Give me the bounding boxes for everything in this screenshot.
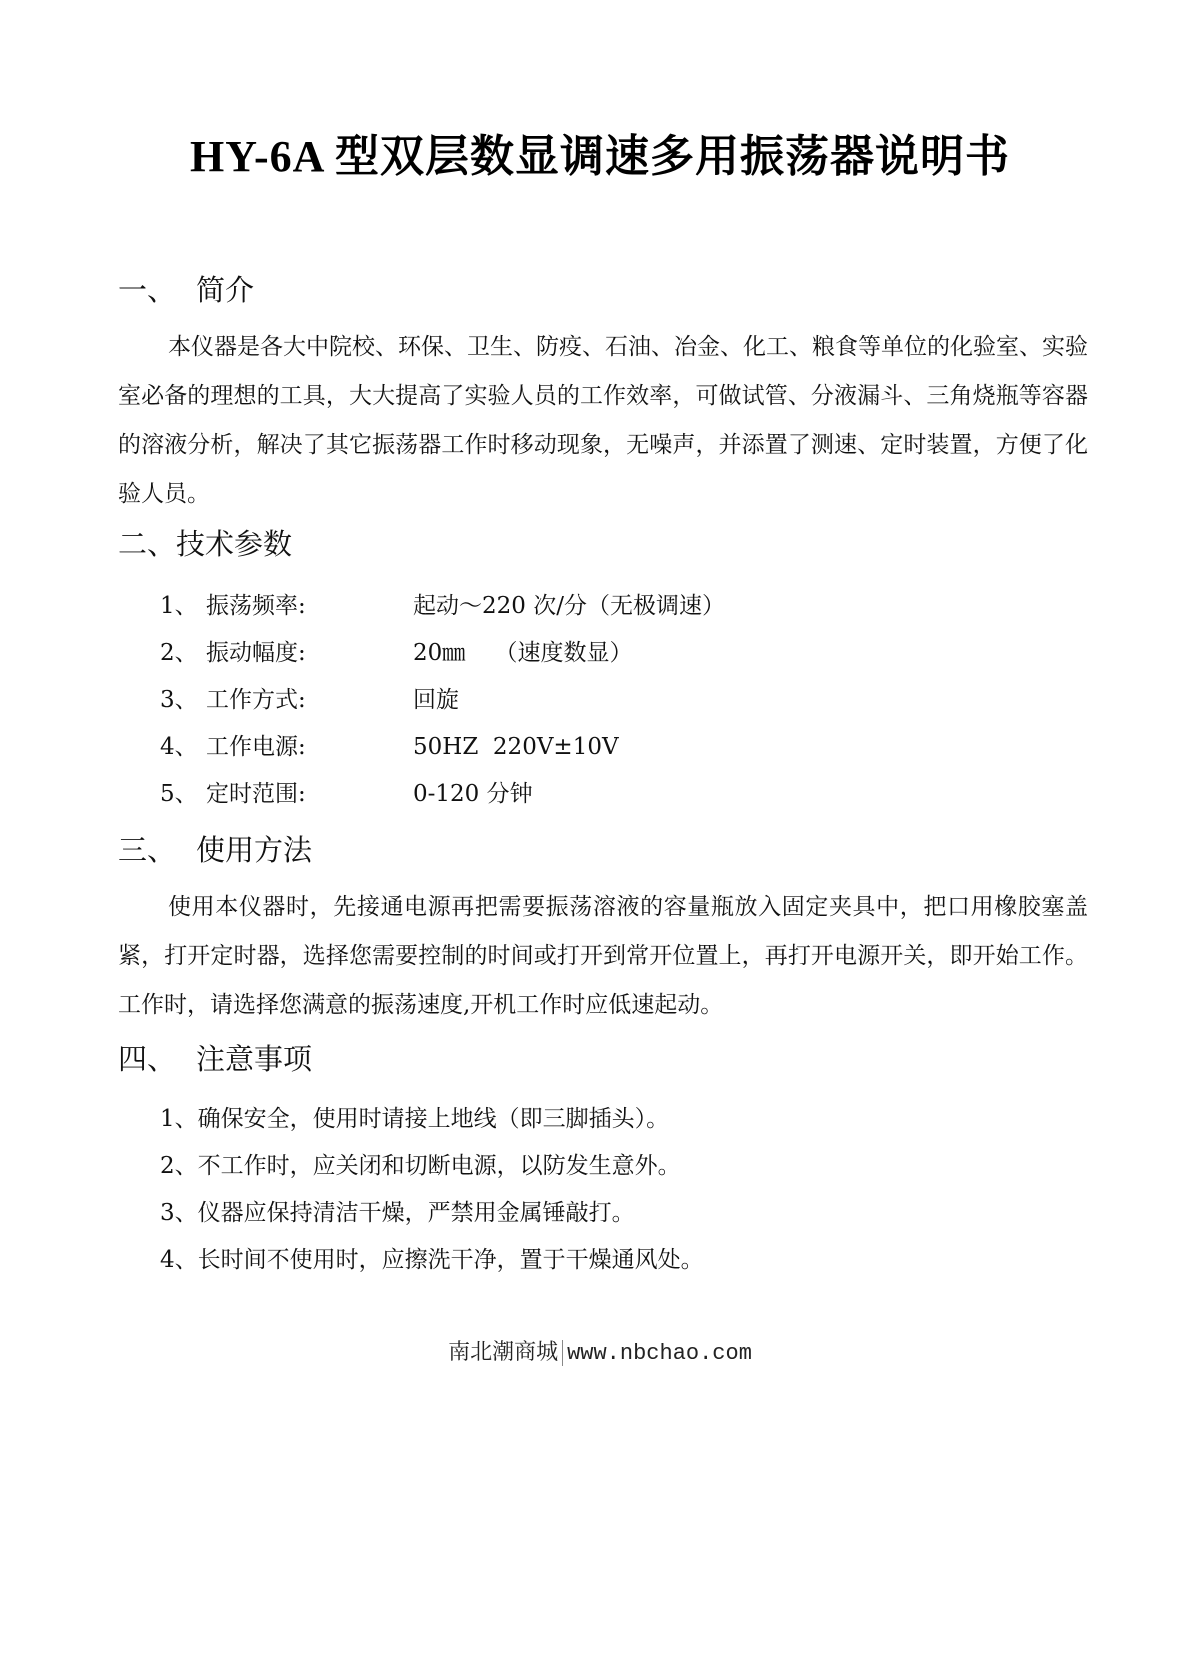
spec-label: 工作方式: (206, 681, 413, 714)
section-heading-specs: 二、技术参数 (118, 522, 292, 563)
section-heading-intro: 一、简介 (118, 268, 254, 309)
spec-index: 5、 (160, 775, 206, 808)
spec-value: 起动～220 次/分（无极调速） (413, 593, 725, 619)
section-number: 二、 (118, 522, 176, 563)
note-item: 3、仪器应保持清洁干燥，严禁用金属锤敲打。 (160, 1194, 635, 1227)
footer: 南北潮商城www.nbchao.com (0, 1335, 1200, 1366)
section-number: 三、 (118, 828, 196, 869)
section-number: 四、 (118, 1037, 196, 1078)
spec-row: 2、振动幅度:20㎜ （速度数显） (160, 634, 633, 664)
spec-row: 4、工作电源:50HZ 220V±10V (160, 728, 619, 758)
spec-row: 3、工作方式:回旋 (160, 681, 459, 711)
spec-value: 0-120 分钟 (413, 781, 533, 807)
section-heading-usage: 三、使用方法 (118, 828, 312, 869)
spec-value: 回旋 (413, 687, 459, 713)
section-title: 技术参数 (176, 527, 292, 561)
spec-index: 2、 (160, 634, 206, 667)
spec-label: 振动幅度: (206, 634, 413, 667)
note-item: 1、确保安全，使用时请接上地线（即三脚插头）。 (160, 1100, 669, 1133)
note-item: 2、不工作时，应关闭和切断电源，以防发生意外。 (160, 1147, 681, 1180)
spec-value: 50HZ 220V±10V (413, 734, 619, 760)
section-heading-notes: 四、注意事项 (118, 1037, 312, 1078)
spec-index: 3、 (160, 681, 206, 714)
note-item: 4、长时间不使用时，应擦洗干净，置于干燥通风处。 (160, 1241, 704, 1274)
spec-row: 5、定时范围:0-120 分钟 (160, 775, 533, 805)
section-title: 使用方法 (196, 833, 312, 867)
section-title: 注意事项 (196, 1042, 312, 1076)
usage-paragraph: 使用本仪器时，先接通电源再把需要振荡溶液的容量瓶放入固定夹具中，把口用橡胶塞盖紧… (118, 883, 1088, 1030)
footer-url[interactable]: www.nbchao.com (567, 1341, 752, 1366)
spec-row: 1、振荡频率:起动～220 次/分（无极调速） (160, 587, 725, 617)
spec-label: 定时范围: (206, 775, 413, 808)
document-title: HY-6A 型双层数显调速多用振荡器说明书 (0, 120, 1200, 184)
spec-index: 4、 (160, 728, 206, 761)
spec-label: 工作电源: (206, 728, 413, 761)
spec-label: 振荡频率: (206, 587, 413, 620)
section-number: 一、 (118, 268, 196, 309)
section-title: 简介 (196, 273, 254, 307)
footer-divider (562, 1340, 563, 1366)
spec-value: 20㎜ （速度数显） (413, 640, 633, 666)
intro-paragraph: 本仪器是各大中院校、环保、卫生、防疫、石油、冶金、化工、粮食等单位的化验室、实验… (118, 323, 1088, 519)
spec-index: 1、 (160, 587, 206, 620)
footer-brand: 南北潮商城 (448, 1340, 558, 1365)
